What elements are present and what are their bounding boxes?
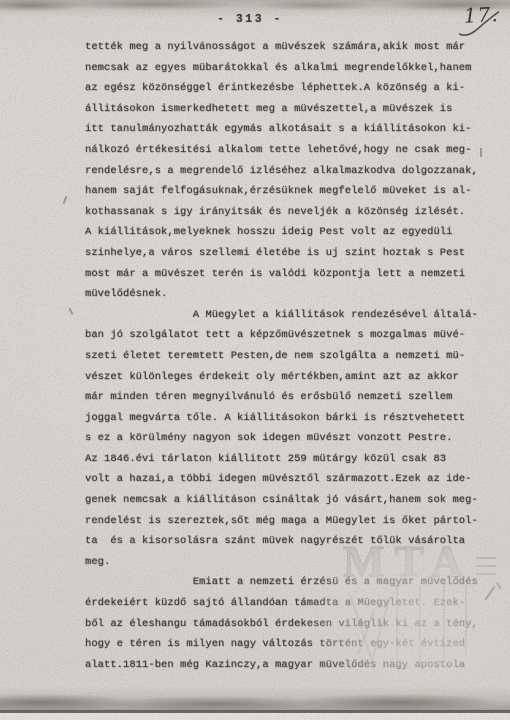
scan-bottom-edge-shadow [0,686,510,711]
text-line: vészet különleges érdekeit oly mértékben… [85,367,485,388]
text-line: érdekeiért küzdő sajtó állandóan támadta… [85,593,485,614]
text-line: ta és a kisorsolásra szánt müvek nagyrés… [85,531,485,552]
text-line: s ez a körülmény nagyon sok idegen müvés… [85,428,485,449]
text-line: rendelésre,s a megrendelő izléséhez alka… [85,161,485,182]
stray-pencil-mark [485,586,495,600]
text-line: ből az éleshangu támadásokból érdekesen … [85,614,485,635]
typewritten-text: tették meg a nyilvánosságot a müvészek s… [85,37,485,675]
text-line: genek nemcsak a kiállitáson csináltak jó… [85,490,485,511]
text-line: hogy e téren is milyen nagy változás tör… [85,634,485,655]
text-line: Emiatt a nemzeti érzésü és a magyar müve… [85,572,485,593]
text-line: joggal megvárta tőle. A kiállitásokon bá… [85,408,485,429]
text-line: szeti életet teremtett Pesten,de nem szo… [85,346,485,367]
text-line: kothassanak s igy irányitsák és neveljék… [85,202,485,223]
text-line: most már a müvészet terén is valódi közp… [85,264,485,285]
text-line: A Müegylet a kiállitások rendezésével ál… [85,305,485,326]
text-line: A kiállitások,melyeknek hosszu ideig Pes… [85,222,485,243]
text-line: Az 1846.évi tárlaton kiállitott 259 mütá… [85,449,485,470]
stray-pencil-mark [496,582,501,590]
text-line: itt tanulmányozhatták egymás alkotásait … [85,119,485,140]
text-line: az egész közönséggel érintkezésbe léphet… [85,78,485,99]
text-line: ban jó szolgálatot tett a képzőmüvészetn… [85,325,485,346]
text-line: már minden téren megnyilvánuló és erősbü… [85,387,485,408]
text-line: szinhelye,a város szellemi életébe is uj… [85,243,485,264]
text-line: meg. [85,552,485,573]
folio-number-text: 17. [463,2,499,28]
page-number: - 313 - [0,13,500,26]
text-line: nemcsak az egyes mübarátokkal és alkalmi… [85,58,485,79]
text-line: müvelődésnek. [85,284,485,305]
scan-bottom-margin [0,713,510,720]
text-line: állitásokon ismerkedhetett meg a müvésze… [85,99,485,120]
text-line: hanem saját felfogásuknak,érzésüknek meg… [85,181,485,202]
text-line: volt a hazai,a többi idegen müvésztől sz… [85,469,485,490]
stray-mark [480,148,482,157]
text-line: nálkozó értékesitési alkalom tette lehet… [85,140,485,161]
stray-mark [69,308,73,315]
scanned-page: - 313 - 17. MTA tették meg a nyilvánossá… [0,0,510,720]
text-line: rendelést is szereztek,sőt még maga a Mü… [85,511,485,532]
stray-mark [63,196,67,204]
text-line: alatt.1811-ben még Kazinczy,a magyar müv… [85,655,485,676]
text-line: tették meg a nyilvánosságot a müvészek s… [85,37,485,58]
